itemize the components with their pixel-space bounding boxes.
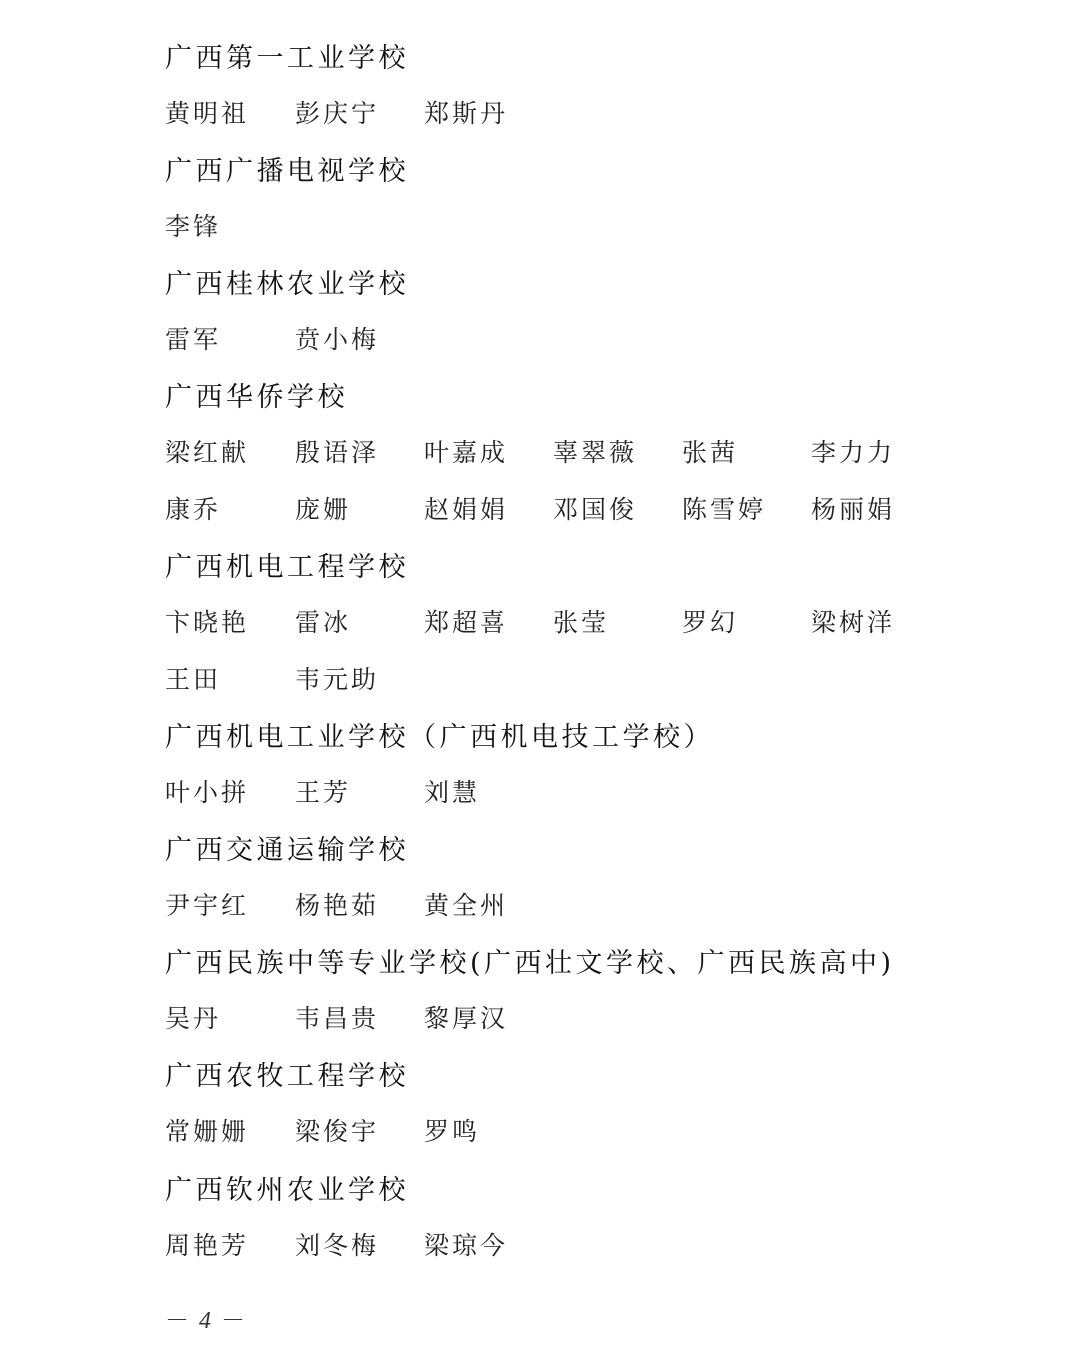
person-name: 罗鸣: [424, 1110, 480, 1150]
person-name: 郑超喜: [424, 601, 508, 641]
school-heading: 广西农牧工程学校: [165, 1054, 409, 1094]
name-row: 梁红献殷语泽叶嘉成辜翠薇张茜李力力: [165, 431, 925, 471]
person-name: 康乔: [165, 488, 221, 528]
school-heading: 广西钦州农业学校: [165, 1167, 409, 1207]
page-number: 4: [199, 1308, 221, 1334]
person-name: 梁琼今: [424, 1224, 508, 1264]
person-name: 韦昌贵: [295, 997, 379, 1037]
school-heading: 广西广播电视学校: [165, 148, 409, 188]
name-row: 康乔庞姗赵娟娟邓国俊陈雪婷杨丽娟: [165, 488, 925, 528]
document-page: 广西第一工业学校黄明祖彭庆宁郑斯丹广西广播电视学校李锋广西桂林农业学校雷军贲小梅…: [0, 0, 1080, 1368]
person-name: 王芳: [295, 771, 351, 811]
person-name: 梁红献: [165, 431, 249, 471]
name-row: 尹宇红杨艳茹黄全州: [165, 884, 925, 924]
person-name: 张茜: [682, 431, 738, 471]
name-row: 吴丹韦昌贵黎厚汉: [165, 997, 925, 1037]
person-name: 贲小梅: [295, 318, 379, 358]
school-heading: 广西交通运输学校: [165, 827, 409, 867]
person-name: 雷军: [165, 318, 221, 358]
person-name: 殷语泽: [295, 431, 379, 471]
person-name: 邓国俊: [553, 488, 637, 528]
school-heading: 广西机电工程学校: [165, 544, 409, 584]
name-row: 李锋: [165, 205, 925, 245]
school-heading: 广西华侨学校: [165, 375, 348, 415]
person-name: 刘冬梅: [295, 1224, 379, 1264]
footer-dash-left: －: [165, 1308, 199, 1334]
person-name: 赵娟娟: [424, 488, 508, 528]
person-name: 梁俊宇: [295, 1110, 379, 1150]
person-name: 辜翠薇: [553, 431, 637, 471]
person-name: 庞姗: [295, 488, 351, 528]
school-heading: 广西桂林农业学校: [165, 261, 409, 301]
person-name: 陈雪婷: [682, 488, 766, 528]
person-name: 李力力: [811, 431, 895, 471]
person-name: 尹宇红: [165, 884, 249, 924]
person-name: 刘慧: [424, 771, 480, 811]
name-row: 王田韦元助: [165, 658, 925, 698]
person-name: 常姗姗: [165, 1110, 249, 1150]
person-name: 张莹: [553, 601, 609, 641]
person-name: 李锋: [165, 205, 221, 245]
name-row: 黄明祖彭庆宁郑斯丹: [165, 92, 925, 132]
school-heading: 广西机电工业学校（广西机电技工学校）: [165, 714, 714, 754]
name-row: 周艳芳刘冬梅梁琼今: [165, 1224, 925, 1264]
person-name: 黎厚汉: [424, 997, 508, 1037]
person-name: 叶小拼: [165, 771, 249, 811]
name-row: 常姗姗梁俊宇罗鸣: [165, 1110, 925, 1150]
person-name: 叶嘉成: [424, 431, 508, 471]
person-name: 黄明祖: [165, 92, 249, 132]
person-name: 雷冰: [295, 601, 351, 641]
footer-dash-right: －: [221, 1308, 255, 1334]
person-name: 周艳芳: [165, 1224, 249, 1264]
school-heading: 广西第一工业学校: [165, 35, 409, 75]
name-row: 卞晓艳雷冰郑超喜张莹罗幻梁树洋: [165, 601, 925, 641]
person-name: 杨丽娟: [811, 488, 895, 528]
name-row: 叶小拼王芳刘慧: [165, 771, 925, 811]
person-name: 韦元助: [295, 658, 379, 698]
person-name: 吴丹: [165, 997, 221, 1037]
person-name: 彭庆宁: [295, 92, 379, 132]
person-name: 郑斯丹: [424, 92, 508, 132]
school-heading: 广西民族中等专业学校(广西壮文学校、广西民族高中): [165, 941, 895, 981]
person-name: 杨艳茹: [295, 884, 379, 924]
person-name: 梁树洋: [811, 601, 895, 641]
person-name: 卞晓艳: [165, 601, 249, 641]
person-name: 黄全州: [424, 884, 508, 924]
name-row: 雷军贲小梅: [165, 318, 925, 358]
page-footer: －4－: [165, 1300, 255, 1335]
person-name: 罗幻: [682, 601, 738, 641]
person-name: 王田: [165, 658, 221, 698]
